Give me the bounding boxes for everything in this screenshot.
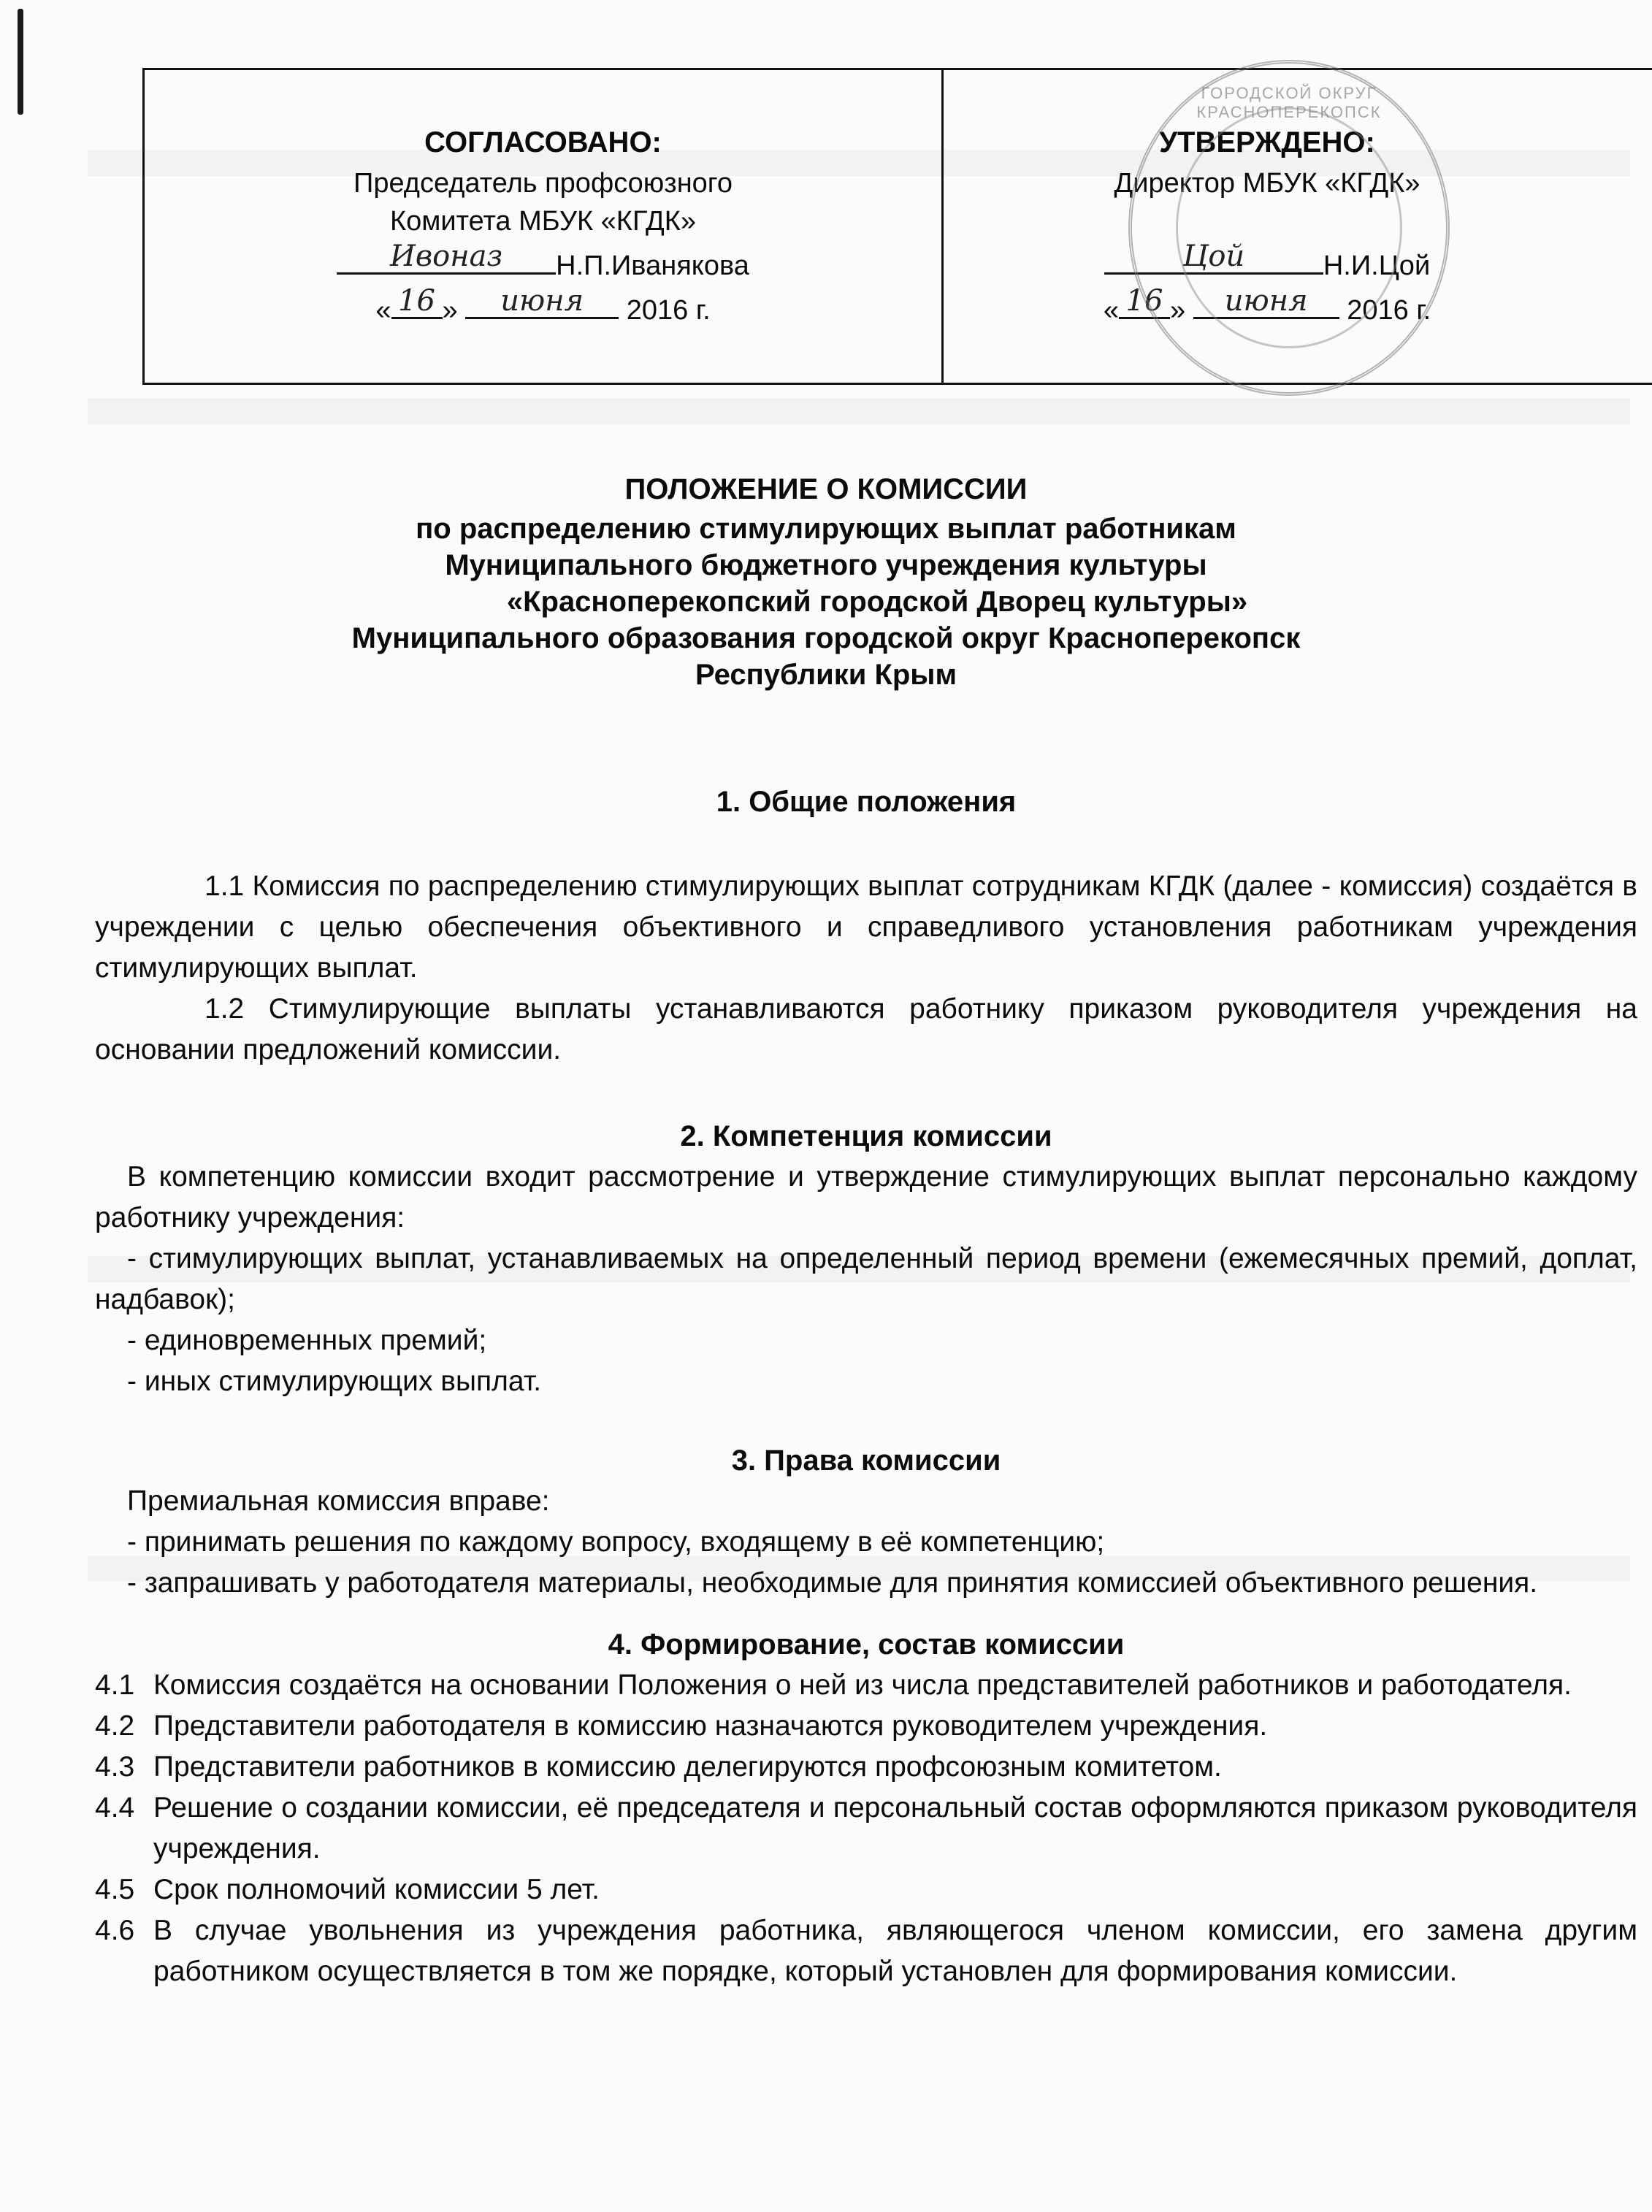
section-heading-4: 4. Формирование, состав комиссии bbox=[95, 1624, 1637, 1665]
date-day-line: 16 bbox=[1119, 285, 1170, 319]
agreed-heading: СОГЛАСОВАНО: bbox=[424, 123, 662, 161]
approved-year: 2016 г. bbox=[1347, 295, 1431, 326]
title-line-6: Республики Крым bbox=[0, 657, 1652, 693]
section-2-bullet-3: - иных стимулирующих выплат. bbox=[95, 1361, 1637, 1402]
section-3-bullet-1: - принимать решения по каждому вопросу, … bbox=[95, 1522, 1637, 1563]
clause-text: Решение о создании комиссии, её председа… bbox=[153, 1788, 1637, 1870]
clause-1-1: 1.1 Комиссия по распределению стимулирую… bbox=[95, 866, 1637, 989]
quote-open: « bbox=[375, 295, 391, 326]
clause-text: Срок полномочий комиссии 5 лет. bbox=[153, 1870, 1637, 1910]
section-2-intro: В компетенцию комиссии входит рассмотрен… bbox=[95, 1157, 1637, 1239]
approved-signatory-name: Н.И.Цой bbox=[1323, 250, 1430, 281]
spacer bbox=[95, 1402, 1637, 1440]
clause-4-6: 4.6 В случае увольнения из учреждения ра… bbox=[95, 1910, 1637, 1992]
title-line-4: «Красноперекопский городской Дворец куль… bbox=[0, 583, 1652, 620]
section-heading-3: 3. Права комиссии bbox=[95, 1440, 1637, 1481]
title-line-1: ПОЛОЖЕНИЕ О КОМИССИИ bbox=[0, 471, 1652, 508]
clause-4-3: 4.3 Представители работников в комиссию … bbox=[95, 1747, 1637, 1788]
section-2-bullet-1: - стимулирующих выплат, устанавливаемых … bbox=[95, 1239, 1637, 1320]
clause-text: Представители работников в комиссию деле… bbox=[153, 1747, 1637, 1788]
clause-number: 4.6 bbox=[95, 1910, 153, 1992]
handwritten-month: июня bbox=[465, 286, 619, 315]
agreed-date-row: «16» июня 2016 г. bbox=[375, 285, 710, 329]
document-body: 1. Общие положения 1.1 Комиссия по распр… bbox=[95, 781, 1637, 1992]
spacer bbox=[1104, 202, 1431, 240]
approved-position: Директор МБУК «КГДК» bbox=[1104, 164, 1431, 202]
approved-heading: УТВЕРЖДЕНО: bbox=[1104, 123, 1431, 161]
date-month-line: июня bbox=[1193, 285, 1339, 319]
clause-4-1: 4.1 Комиссия создаётся на основании Поло… bbox=[95, 1665, 1637, 1706]
staple-mark bbox=[18, 9, 23, 115]
handwritten-month: июня bbox=[1193, 286, 1339, 315]
clause-4-4: 4.4 Решение о создании комиссии, её пред… bbox=[95, 1788, 1637, 1870]
signature-line: Ивоназ bbox=[337, 240, 556, 275]
section-heading-1: 1. Общие положения bbox=[95, 781, 1637, 822]
clause-4-2: 4.2 Представители работодателя в комисси… bbox=[95, 1706, 1637, 1747]
quote-close: » bbox=[443, 295, 458, 326]
spacer bbox=[95, 822, 1637, 866]
approved-inner: УТВЕРЖДЕНО: Директор МБУК «КГДК» Цой Н.И… bbox=[1104, 123, 1431, 329]
approved-signature-row: Цой Н.И.Цой bbox=[1104, 240, 1431, 285]
handwritten-signature: Цой bbox=[1104, 242, 1323, 271]
agreed-position-line2: Комитета МБУК «КГДК» bbox=[390, 202, 696, 240]
clause-number: 4.3 bbox=[95, 1747, 153, 1788]
agreed-year: 2016 г. bbox=[627, 295, 711, 326]
section-2-bullet-2: - единовременных премий; bbox=[95, 1320, 1637, 1361]
agreed-signature-row: Ивоназ Н.П.Иванякова bbox=[337, 240, 749, 285]
handwritten-day: 16 bbox=[391, 286, 443, 315]
handwritten-signature: Ивоназ bbox=[337, 242, 556, 271]
agreed-position-line1: Председатель профсоюзного bbox=[353, 164, 733, 202]
section-3-intro: Премиальная комиссия вправе: bbox=[95, 1481, 1637, 1522]
clause-text: Комиссия создаётся на основании Положени… bbox=[153, 1665, 1637, 1706]
clause-number: 4.4 bbox=[95, 1788, 153, 1870]
section-3-bullet-2: - запрашивать у работодателя материалы, … bbox=[95, 1563, 1637, 1604]
title-line-3: Муниципального бюджетного учреждения кул… bbox=[0, 547, 1652, 583]
document-title: ПОЛОЖЕНИЕ О КОМИССИИ по распределению ст… bbox=[0, 471, 1652, 693]
approved-date-row: «16» июня 2016 г. bbox=[1104, 285, 1431, 329]
date-day-line: 16 bbox=[391, 285, 443, 319]
clause-text: В случае увольнения из учреждения работн… bbox=[153, 1910, 1637, 1992]
spacer bbox=[95, 1604, 1637, 1624]
quote-close: » bbox=[1170, 295, 1185, 326]
handwritten-day: 16 bbox=[1119, 286, 1170, 315]
clause-4-5: 4.5 Срок полномочий комиссии 5 лет. bbox=[95, 1870, 1637, 1910]
spacer bbox=[95, 1071, 1637, 1116]
signature-line: Цой bbox=[1104, 240, 1323, 275]
clause-number: 4.1 bbox=[95, 1665, 153, 1706]
clause-number: 4.5 bbox=[95, 1870, 153, 1910]
approved-block: УТВЕРЖДЕНО: Директор МБУК «КГДК» Цой Н.И… bbox=[944, 70, 1652, 383]
quote-open: « bbox=[1104, 295, 1119, 326]
title-line-5: Муниципального образования городской окр… bbox=[0, 620, 1652, 657]
date-month-line: июня bbox=[465, 285, 619, 319]
approval-table: СОГЛАСОВАНО: Председатель профсоюзного К… bbox=[142, 68, 1652, 385]
clause-text: Представители работодателя в комиссию на… bbox=[153, 1706, 1637, 1747]
show-through bbox=[88, 398, 1630, 424]
title-line-2: по распределению стимулирующих выплат ра… bbox=[0, 510, 1652, 547]
section-heading-2: 2. Компетенция комиссии bbox=[95, 1116, 1637, 1157]
agreed-block: СОГЛАСОВАНО: Председатель профсоюзного К… bbox=[145, 70, 941, 383]
clause-1-2: 1.2 Стимулирующие выплаты устанавливаютс… bbox=[95, 989, 1637, 1071]
clause-number: 4.2 bbox=[95, 1706, 153, 1747]
agreed-signatory-name: Н.П.Иванякова bbox=[556, 250, 749, 281]
